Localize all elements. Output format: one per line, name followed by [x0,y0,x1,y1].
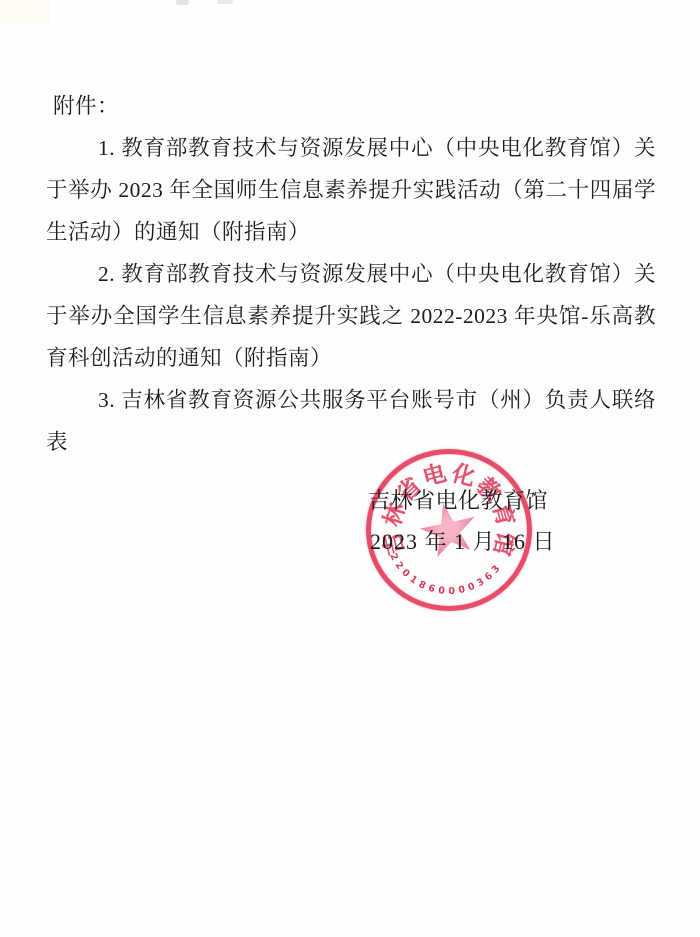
scan-artifact [217,0,233,4]
attachment-item-3: 3. 吉林省教育资源公共服务平台账号市（州）负责人联络表 [46,379,656,463]
attachment-section: 附件： 1. 教育部教育技术与资源发展中心（中央电化教育馆）关于举办 2023 … [46,85,656,463]
scan-artifact [176,0,189,5]
scan-artifact [0,0,50,26]
attachment-label: 附件： [46,85,656,127]
attachment-item-1: 1. 教育部教育技术与资源发展中心（中央电化教育馆）关于举办 2023 年全国师… [46,127,656,253]
signature-date: 2023 年 1 月 16 日 [368,530,578,553]
attachment-item-2: 2. 教育部教育技术与资源发展中心（中央电化教育馆）关于举办全国学生信息素养提升… [46,253,656,379]
signature-block: 吉林省电化教育馆 2023 年 1 月 16 日 [368,489,578,553]
signature-organization: 吉林省电化教育馆 [368,489,578,512]
seal-serial-digit: 0 [436,585,447,598]
document-page: 附件： 1. 教育部教育技术与资源发展中心（中央电化教育馆）关于举办 2023 … [0,0,700,937]
